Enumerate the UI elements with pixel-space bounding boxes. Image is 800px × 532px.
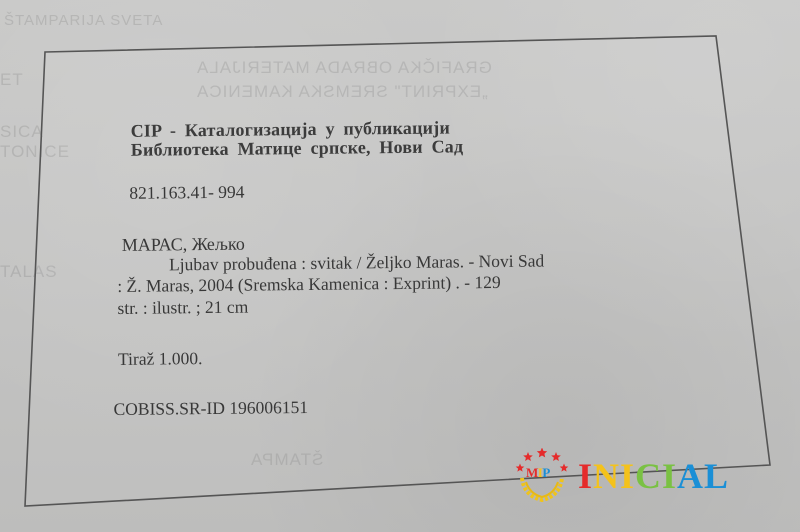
- wordmark-letter: I: [662, 456, 677, 496]
- physical-description: str. : ilustr. ; 21 cm: [117, 297, 248, 319]
- wordmark-letter: I: [578, 456, 593, 496]
- mip-emblem: MIP: [512, 448, 572, 504]
- udc-number: 821.163.41- 994: [129, 182, 244, 204]
- emblem-letter: P: [542, 465, 549, 480]
- wordmark-letter: A: [677, 456, 704, 496]
- emblem-letter: M: [526, 465, 538, 480]
- imprint-statement: : Ž. Maras, 2004 (Sremska Kamenica : Exp…: [117, 272, 501, 297]
- author-name: МАРАС, Жељко: [122, 234, 245, 256]
- inicial-wordmark: INICIAL: [578, 458, 729, 494]
- wordmark-letter: I: [620, 456, 635, 496]
- mip-emblem-text: MIP: [526, 465, 550, 481]
- wordmark-letter: L: [704, 456, 729, 496]
- cobiss-id: COBISS.SR-ID 196006151: [113, 397, 308, 420]
- wordmark-letter: C: [635, 456, 662, 496]
- inicial-watermark-logo: MIP INICIAL: [512, 448, 729, 504]
- cip-heading-line-2: Библиотека Матице српске, Нови Сад: [131, 136, 464, 160]
- print-run: Tiraž 1.000.: [118, 348, 203, 370]
- wordmark-letter: N: [593, 456, 620, 496]
